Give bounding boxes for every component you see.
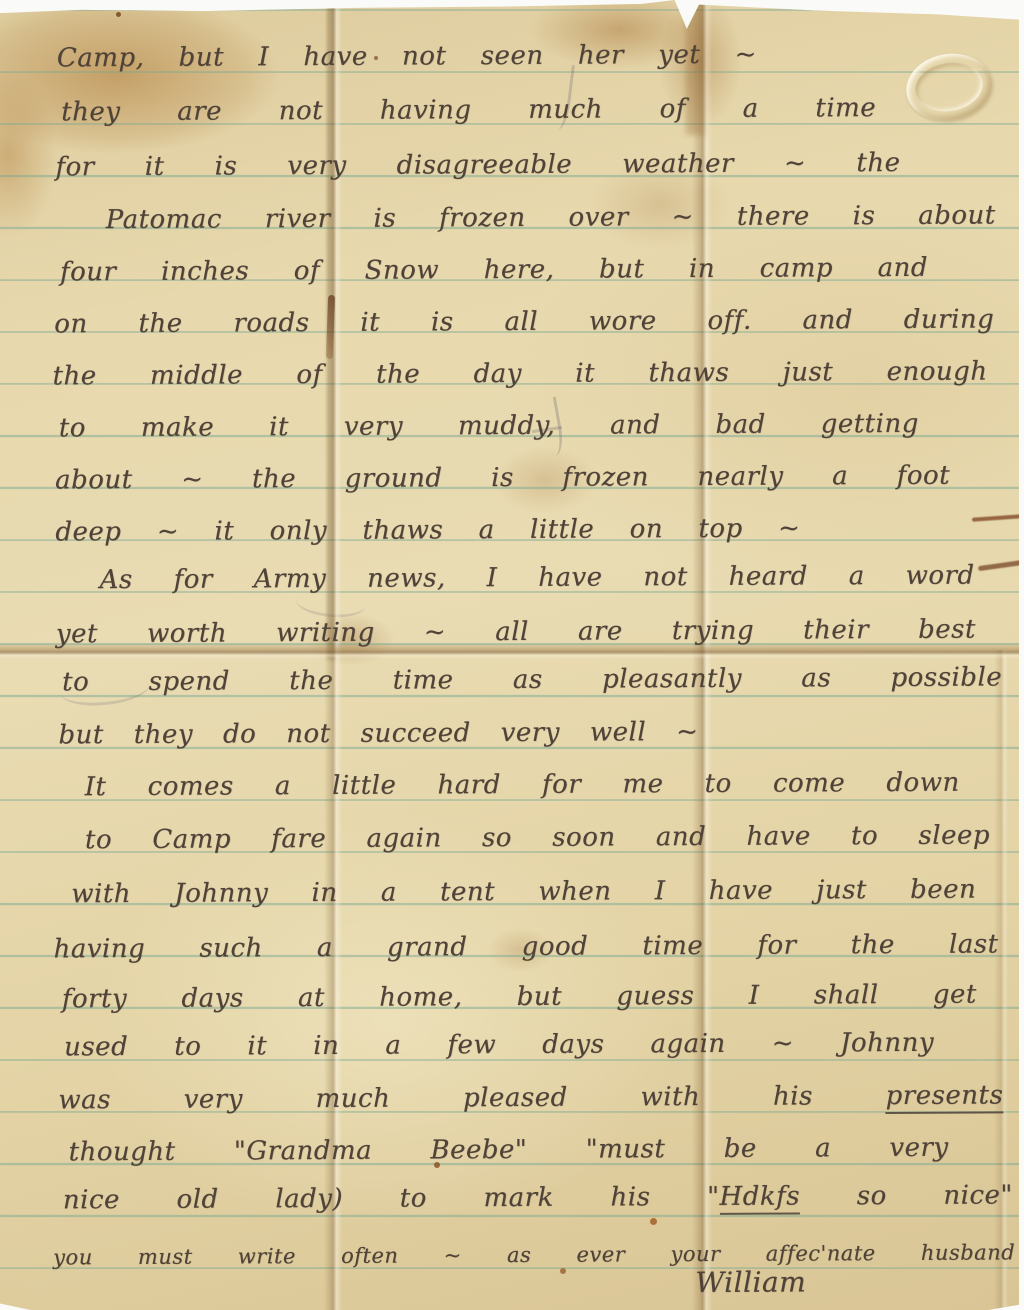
rust-spot xyxy=(560,1268,566,1274)
letter-line-23-text: nice old lady) to mark his " xyxy=(63,1182,720,1215)
signature: William xyxy=(695,1260,925,1305)
letter-line-21-underlined-word: presents xyxy=(886,1080,1004,1114)
letter-line-17: with Johnny in a tent when I have just b… xyxy=(71,868,976,917)
letter-line-5: four inches of Snow here, but in camp an… xyxy=(60,246,928,295)
letter-line-23-text-after: so nice" xyxy=(800,1180,1013,1211)
letter-line-21: was very much pleased with his presents xyxy=(58,1073,1003,1122)
letter-line-12: yet worth writing ~ all are trying their… xyxy=(56,608,976,657)
letter-line-18: having such a grand good time for the la… xyxy=(53,922,998,971)
letter-line-23-underlined-word: Hdkfs xyxy=(719,1181,800,1214)
letter-line-9: about ~ the ground is frozen nearly a fo… xyxy=(55,454,950,503)
letter-line-4: Patomac river is frozen over ~ there is … xyxy=(106,193,996,242)
letter-paper: Camp, but I have not seen her yet ~ they… xyxy=(0,0,1019,1310)
scanned-letter-page: { "colors": { "paper": "#e6d7ac", "rule_… xyxy=(0,0,1024,1310)
rust-spot xyxy=(650,1218,657,1225)
letter-line-21-text: was very much pleased with his xyxy=(58,1081,885,1115)
letter-line-19: forty days at home, but guess I shall ge… xyxy=(62,973,977,1022)
letter-line-16: to Camp fare again so soon and have to s… xyxy=(85,813,990,862)
letter-line-7: the middle of the day it thaws just enou… xyxy=(52,349,987,398)
letter-line-20: used to it in a few days again ~ Johnny xyxy=(64,1021,934,1070)
letter-line-3: for it is very disagreeable weather ~ th… xyxy=(55,141,900,189)
handwriting-layer: Camp, but I have not seen her yet ~ they… xyxy=(0,0,1022,1310)
letter-line-13: to spend the time as pleasantly as possi… xyxy=(62,655,1002,704)
letter-line-15: It comes a little hard for me to come do… xyxy=(85,761,960,810)
letter-line-23: nice old lady) to mark his "Hdkfs so nic… xyxy=(63,1173,1013,1222)
rust-spot xyxy=(116,12,121,17)
letter-line-6: on the roads it is all wore off. and dur… xyxy=(54,297,994,346)
rust-spot xyxy=(374,56,378,60)
rust-spot xyxy=(434,1162,440,1168)
letter-line-10: deep ~ it only thaws a little on top ~ xyxy=(55,506,800,554)
letter-line-11: As for Army news, I have not heard a wor… xyxy=(99,554,974,603)
letter-line-1: Camp, but I have not seen her yet ~ xyxy=(57,33,757,81)
letter-line-2: they are not having much of a time xyxy=(61,86,876,134)
letter-line-8: to make it very muddy, and bad getting xyxy=(59,402,919,451)
letter-line-14: but they do not succeed very well ~ xyxy=(58,710,698,757)
letter-line-22: thought "Grandma Beebe" "must be a very xyxy=(68,1126,948,1175)
